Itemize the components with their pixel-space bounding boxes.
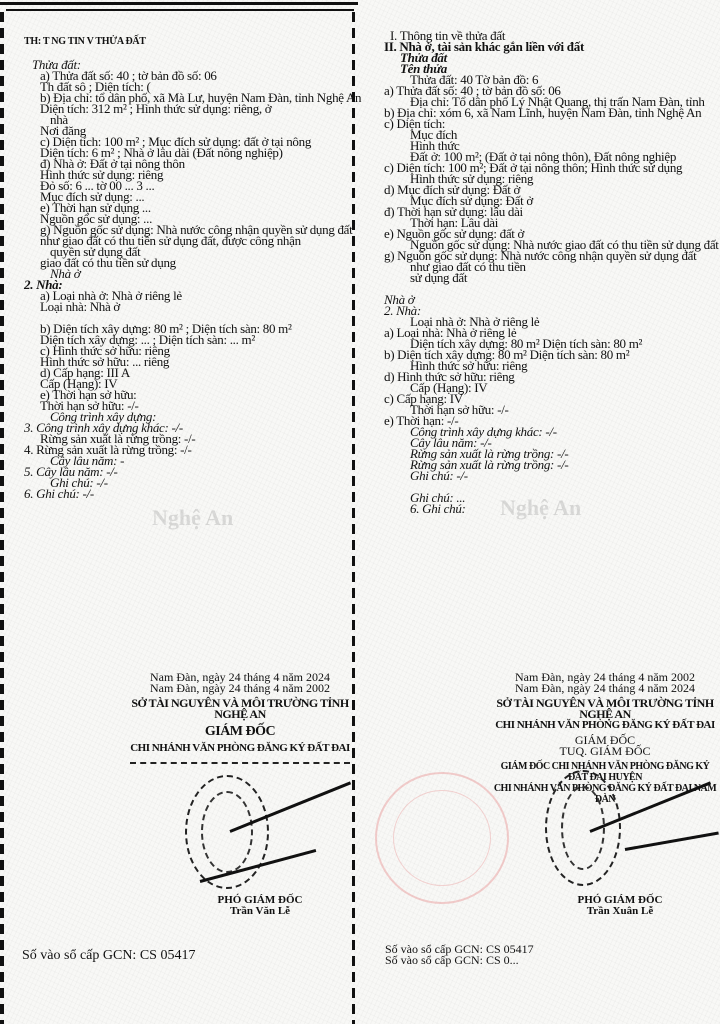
left-signature-divider [130, 762, 350, 764]
left-panel-left-border [0, 12, 4, 1024]
left-footer-registry-number: Số vào sổ cấp GCN: CS 05417 [22, 948, 195, 964]
document-line: 6. Ghi chú: -/- [24, 488, 350, 499]
right-panel-lines: Thửa đấtTên thửaThửa đất: 40 Tờ bản đồ: … [384, 52, 720, 514]
left-panel-top-border [0, 2, 358, 5]
right-authority-1: SỞ TÀI NGUYÊN VÀ MÔI TRƯỜNG TỈNH NGHỆ AN [490, 698, 720, 720]
right-authority-4: TUQ. GIÁM ĐỐC [490, 746, 720, 757]
left-signer-name: Trần Văn Lễ [210, 906, 310, 917]
left-date-line-2: Nam Đàn, ngày 24 tháng 4 năm 2002 [120, 683, 360, 694]
right-panel: I. Thông tin về thửa đất II. Nhà ở, tài … [384, 30, 720, 514]
right-signer: PHÓ GIÁM ĐỐC Trần Xuân Lễ [570, 895, 670, 917]
right-footer-registry-number-2: Số vào sổ cấp GCN: CS 0... [385, 953, 519, 968]
left-signer: PHÓ GIÁM ĐỐC Trần Văn Lễ [210, 895, 310, 917]
left-signature-block: Nam Đàn, ngày 24 tháng 4 năm 2024 Nam Đà… [120, 672, 360, 754]
left-authority-3: CHI NHÁNH VĂN PHÒNG ĐĂNG KÝ ĐẤT ĐAI [120, 743, 360, 754]
document-line: Nhà ở [24, 268, 350, 279]
document-line: Nhà ở [384, 294, 720, 305]
right-authority-2: CHI NHÁNH VĂN PHÒNG ĐĂNG KÝ ĐẤT ĐAI [490, 720, 720, 731]
left-panel-lines: Thửa đất:a) Thửa đất số: 40 ; tờ bản đồ … [24, 59, 350, 499]
left-panel: TH: T NG TIN V THỬA ĐẤT Thửa đất:a) Thửa… [24, 36, 350, 499]
document-line: sử dụng đất [384, 272, 720, 283]
left-panel-right-border [352, 12, 355, 1024]
watermark-emblem-right: Nghệ An [500, 495, 581, 521]
right-authority-5: GIÁM ĐỐC CHI NHÁNH VĂN PHÒNG ĐĂNG KÝ ĐẤT… [490, 761, 720, 783]
watermark-emblem-left: Nghệ An [152, 505, 233, 531]
left-authority-2: GIÁM ĐỐC [120, 726, 360, 737]
left-panel-header: TH: T NG TIN V THỬA ĐẤT [24, 36, 350, 47]
left-authority-1: SỞ TÀI NGUYÊN VÀ MÔI TRƯỜNG TỈNH NGHỆ AN [120, 698, 360, 720]
left-panel-inner-border [6, 9, 354, 11]
right-official-stamp [545, 770, 621, 886]
right-signer-name: Trần Xuân Lễ [570, 906, 670, 917]
document-line: Loại nhà: Nhà ở [24, 301, 350, 312]
right-date-line-2: Nam Đàn, ngày 24 tháng 4 năm 2024 [490, 683, 720, 694]
right-faint-red-stamp [375, 772, 509, 904]
